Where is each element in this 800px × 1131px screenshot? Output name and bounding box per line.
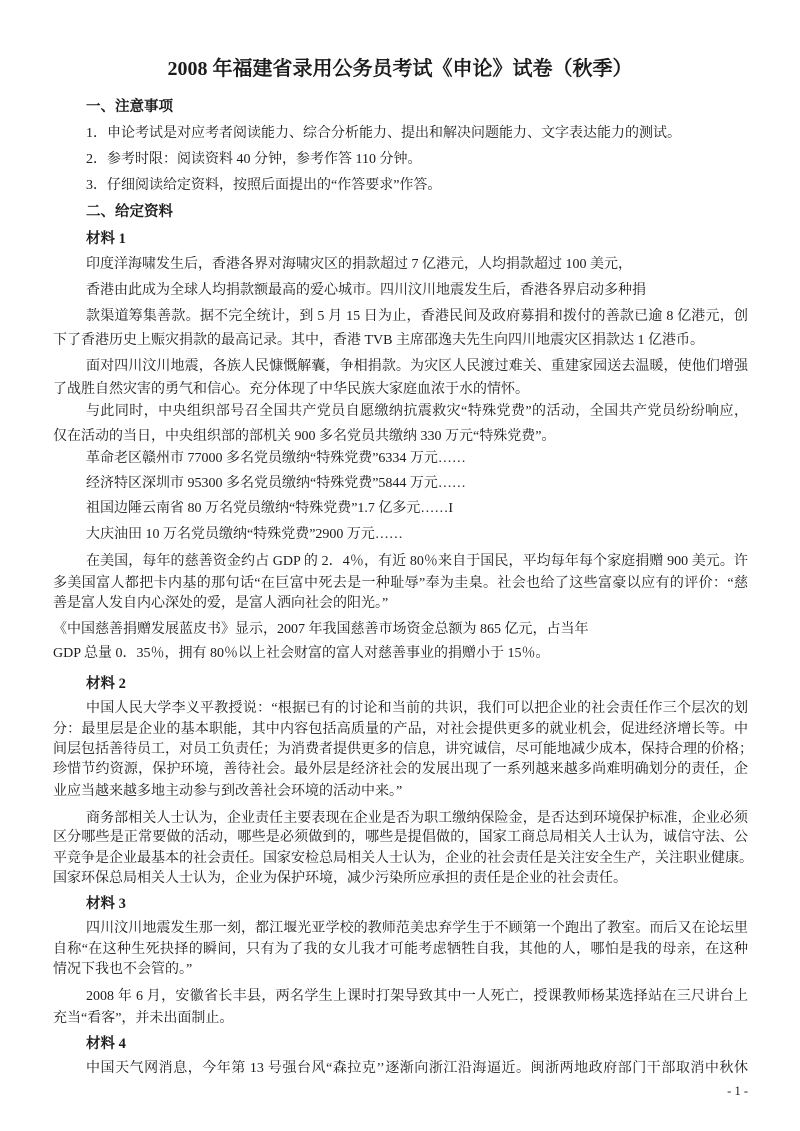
material-2-line-8: 平竞争是企业最基本的社会责任。国家安检总局相关人士认为，企业的社会责任是关注安全…: [53, 849, 748, 869]
material-3-line-4: 2008 年 6 月，安徽省长丰县，两名学生上课时打架导致其中一人死亡，授课教师…: [53, 987, 748, 1007]
material-1-line-10: 经济特区深圳市 95300 多名党员缴纳“特殊党费”5844 万元……: [53, 474, 748, 494]
material-1-line-1: 印度洋海啸发生后，香港各界对海啸灾区的捐款超过 7 亿港元，人均捐款超过 100…: [53, 255, 748, 275]
material-1-line-9: 革命老区赣州市 77000 多名党员缴纳“特殊党费”6334 万元……: [53, 449, 748, 469]
material-3-line-1: 四川汶川地震发生那一刻，都江堰光亚学校的教师范美忠弃学生于不顾第一个跑出了教室。…: [53, 919, 748, 939]
material-2-line-5: 业应当越来越多地主动参与到改善社会环境的活动中来。”: [53, 782, 748, 802]
materials-heading: 二、给定资料: [53, 202, 748, 222]
notice-item-1: 1．申论考试是对应考者阅读能力、综合分析能力、提出和解决问题能力、文字表达能力的…: [53, 124, 748, 144]
notice-item-3: 3．仔细阅读给定资料，按照后面提出的“作答要求”作答。: [53, 176, 748, 196]
material-3-heading: 材料 3: [53, 894, 748, 914]
material-3-line-3: 情况下我也不会管的。”: [53, 960, 748, 980]
material-1-heading: 材料 1: [53, 229, 748, 249]
material-4-line-1: 中国天气网消息，今年第 13 号强台风“森拉克’’逐渐向浙江沿海逼近。闽浙两地政…: [53, 1059, 748, 1079]
material-1-line-15: 善是富人发自内心深处的爱，是富人洒向社会的阳光。”: [53, 594, 748, 614]
material-1-line-13: 在美国，每年的慈善资金约占 GDP 的 2．4％，有近 80％来自于国民，平均每…: [53, 552, 748, 572]
notice-item-2: 2．参考时限：阅读资料 40 分钟，参考作答 110 分钟。: [53, 150, 748, 170]
page-number: - 1 -: [53, 1083, 748, 1099]
material-1-line-7: 与此同时，中央组织部号召全国共产党员自愿缴纳抗震救灾“特殊党费”的活动，全国共产…: [53, 402, 748, 422]
material-2-line-1: 中国人民大学李义平教授说：“根据已有的讨论和当前的共识，我们可以把企业的社会责任…: [53, 699, 748, 719]
material-2-line-7: 区分哪些是正常要做的活动，哪些是必须做到的，哪些是提倡做的，国家工商总局相关人士…: [53, 828, 748, 848]
material-1-line-6: 了战胜自然灾害的勇气和信心。充分体现了中华民族大家庭血浓于水的情怀。: [53, 380, 748, 400]
material-2-line-3: 间层包括善待员工，对员工负责任；为消费者提供更多的信息，讲究诚信，尽可能地减少成…: [53, 740, 748, 760]
material-3-line-2: 自称“在这种生死抉择的瞬间，只有为了我的女儿我才可能考虑牺牲自我，其他的人，哪怕…: [53, 940, 748, 960]
material-1-line-4: 下了香港历史上赈灾捐款的最高记录。其中，香港 TVB 主席邵逸夫先生向四川地震灾…: [53, 331, 748, 351]
document-page: 2008 年福建省录用公务员考试《申论》试卷（秋季） 一、注意事项 1．申论考试…: [0, 0, 800, 1131]
material-2-line-6: 商务部相关人士认为，企业责任主要表现在企业是否为职工缴纳保险金，是否达到环境保护…: [53, 809, 748, 829]
material-1-line-5: 面对四川汶川地震，各族人民慷慨解囊，争相捐款。为灾区人民渡过难关、重建家园送去温…: [53, 357, 748, 377]
notice-heading: 一、注意事项: [53, 97, 748, 117]
doc-title: 2008 年福建省录用公务员考试《申论》试卷（秋季）: [0, 56, 800, 82]
material-1-line-17: GDP 总量 0．35％，拥有 80％以上社会财富的富人对慈善事业的捐赠小于 1…: [53, 644, 748, 664]
material-1-line-12: 大庆油田 10 万名党员缴纳“特殊党费”2900 万元……: [53, 525, 748, 545]
material-1-line-14: 多美国富人都把卡内基的那句话“在巨富中死去是一种耻辱”奉为圭臬。社会也给了这些富…: [53, 574, 748, 594]
material-2-line-4: 珍惜节约资源，保护环境，善待社会。最外层是经济社会的发展出现了一系列越来越多尚难…: [53, 760, 748, 780]
material-1-line-2: 香港由此成为全球人均捐款额最高的爱心城市。四川汶川地震发生后，香港各界启动多种捐: [53, 281, 748, 301]
material-1-line-11: 祖国边陲云南省 80 万名党员缴纳“特殊党费”1.7 亿多元……I: [53, 499, 748, 519]
material-1-line-16: 《中国慈善捐赠发展蓝皮书》显示，2007 年我国慈善市场资金总额为 865 亿元…: [53, 620, 748, 640]
material-1-line-8: 仅在活动的当日，中央组织部的部机关 900 多名党员共缴纳 330 万元“特殊党…: [53, 427, 748, 447]
material-2-heading: 材料 2: [53, 674, 748, 694]
material-2-line-9: 国家环保总局相关人士认为，企业为保护环境，减少污染所应承担的责任是企业的社会责任…: [53, 869, 748, 889]
material-3-line-5: 充当“看客”，并未出面制止。: [53, 1009, 748, 1029]
material-2-line-2: 分：最里层是企业的基本职能，其中内容包括高质量的产品，对社会提供更多的就业机会，…: [53, 720, 748, 740]
material-4-heading: 材料 4: [53, 1034, 748, 1054]
material-1-line-3: 款渠道筹集善款。据不完全统计，到 5 月 15 日为止，香港民间及政府募捐和拨付…: [53, 307, 748, 327]
